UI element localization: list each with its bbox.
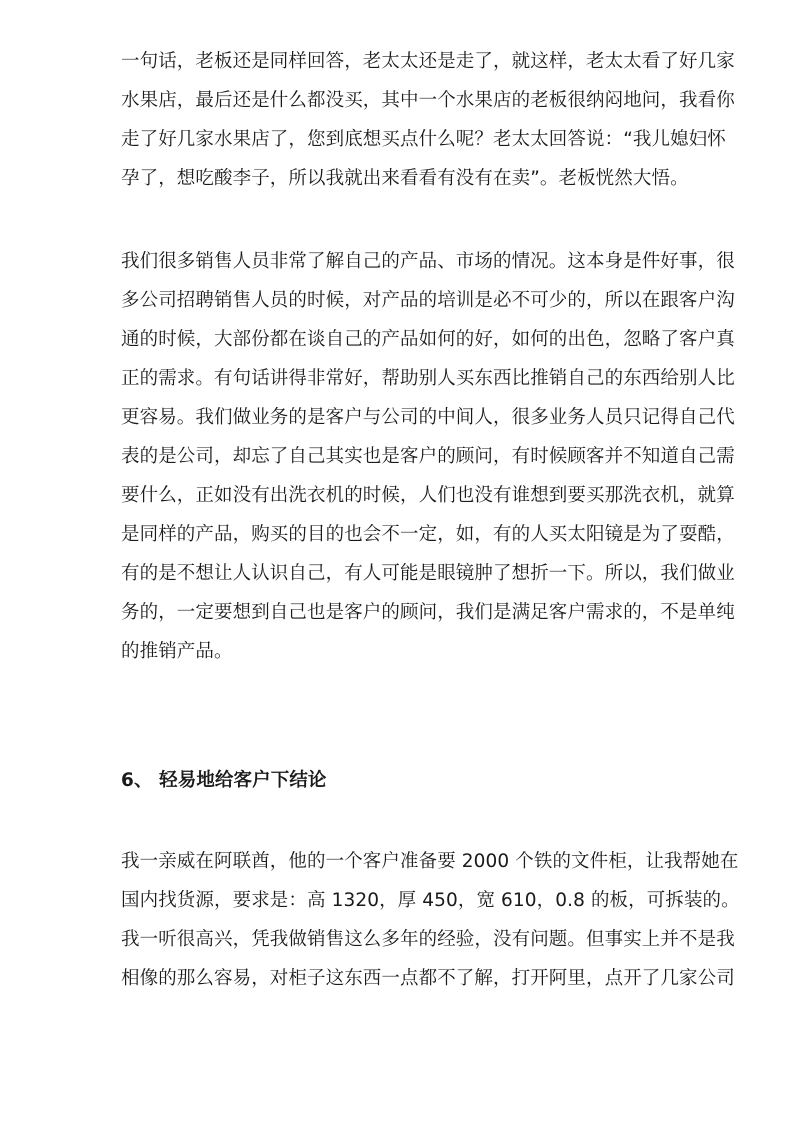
paragraph-2-line-11: 的推销产品。 [121,640,761,664]
paragraph-3-line-2: 国内找货源，要求是：高 1320，厚 450，宽 610，0.8 的板，可拆装的… [121,889,761,913]
paragraph-2-line-2: 多公司招聘销售人员的时候，对产品的培训是必不可少的，所以在跟客户沟 [121,289,761,313]
paragraph-2-line-7: 要什么，正如没有出洗衣机的时候，人们也没有谁想到要买那洗衣机，就算 [121,484,761,508]
paragraph-1-line-4: 孕了，想吃酸李子，所以我就出来看看有没有在卖”。老板恍然大悟。 [121,167,761,191]
document-page: 一句话，老板还是同样回答，老太太还是走了，就这样，老太太看了好几家 水果店，最后… [0,0,793,1122]
paragraph-2-line-10: 务的，一定要想到自己也是客户的顾问，我们是满足客户需求的，不是单纯 [121,601,761,625]
paragraph-3-line-3: 我一听很高兴，凭我做销售这么多年的经验，没有问题。但事实上并不是我 [121,928,761,952]
section-heading: 6、 轻易地给客户下结论 [121,769,761,793]
paragraph-2-line-5: 更容易。我们做业务的是客户与公司的中间人，很多业务人员只记得自己代 [121,406,761,430]
paragraph-2-line-3: 通的时候，大部份都在谈自己的产品如何的好，如何的出色，忽略了客户真 [121,328,761,352]
paragraph-2-line-8: 是同样的产品，购买的目的也会不一定，如，有的人买太阳镜是为了耍酷， [121,523,761,547]
paragraph-2-line-9: 有的是不想让人认识自己，有人可能是眼镜肿了想折一下。所以，我们做业 [121,562,761,586]
paragraph-2-line-4: 正的需求。有句话讲得非常好，帮助别人买东西比推销自己的东西给别人比 [121,367,761,391]
paragraph-1-line-3: 走了好几家水果店了，您到底想买点什么呢？老太太回答说：“我儿媳妇怀 [121,128,761,152]
paragraph-3-line-1: 我一亲威在阿联酋，他的一个客户准备要 2000 个铁的文件柜，让我帮她在 [121,850,761,874]
paragraph-3-line-4: 相像的那么容易，对柜子这东西一点都不了解，打开阿里，点开了几家公司 [121,967,761,991]
paragraph-1-line-2: 水果店，最后还是什么都没买，其中一个水果店的老板很纳闷地问，我看你 [121,89,761,113]
paragraph-2-line-1: 我们很多销售人员非常了解自己的产品、市场的情况。这本身是件好事，很 [121,250,761,274]
paragraph-1-line-1: 一句话，老板还是同样回答，老太太还是走了，就这样，老太太看了好几家 [121,50,761,74]
paragraph-2-line-6: 表的是公司，却忘了自己其实也是客户的顾问，有时候顾客并不知道自己需 [121,445,761,469]
